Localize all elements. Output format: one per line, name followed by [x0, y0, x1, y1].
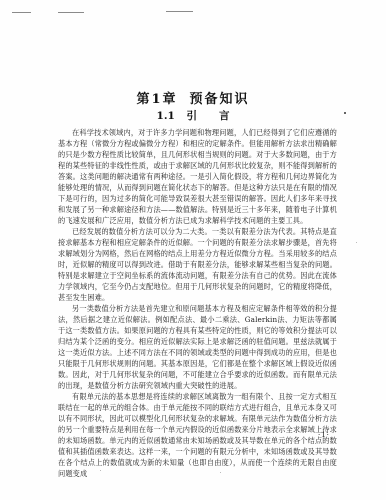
- header-rule-3: [166, 11, 193, 12]
- paragraph-2: 已经发展的数值分析方法可以分为二大类。一类以有限差分法为代表。其特点是直接求解基…: [58, 226, 337, 303]
- scan-speck: [220, 472, 221, 473]
- section-title-part2: 言: [219, 110, 230, 122]
- header-rule-2: [58, 12, 84, 13]
- chapter-title: 第1章预备知识: [0, 88, 386, 107]
- paragraph-3: 另一类数值分析方法是首先建立和原问题基本方程及相应定解条件相等效的积分提法，然后…: [58, 303, 337, 391]
- body-text: 在科学技术领域内，对于许多力学问题和物理问题，人们已经得到了它们应遵循的基本方程…: [58, 127, 337, 479]
- section-number: 1.1: [157, 110, 175, 122]
- chapter-label: 第1章: [136, 92, 177, 107]
- chapter-name: 预备知识: [190, 92, 250, 107]
- scan-speck: [100, 470, 101, 471]
- scanned-page: 第1章预备知识 1.1 引言 在科学技术领域内，对于许多力学问题和物理问题，人们…: [0, 0, 386, 500]
- page-number: ·1·: [318, 431, 330, 439]
- section-title: 1.1 引言: [0, 108, 386, 123]
- section-title-part1: 引: [186, 110, 197, 122]
- margin-dot: [344, 112, 346, 114]
- paragraph-1: 在科学技术领域内，对于许多力学问题和物理问题，人们已经得到了它们应遵循的基本方程…: [58, 127, 337, 226]
- paragraph-4: 有限单元法的基本思想是将连续的求解区域离散为一组有限个、且按一定方式相互联结在一…: [58, 391, 337, 479]
- header-rule-1: [12, 12, 31, 13]
- scan-speck: [356, 242, 357, 243]
